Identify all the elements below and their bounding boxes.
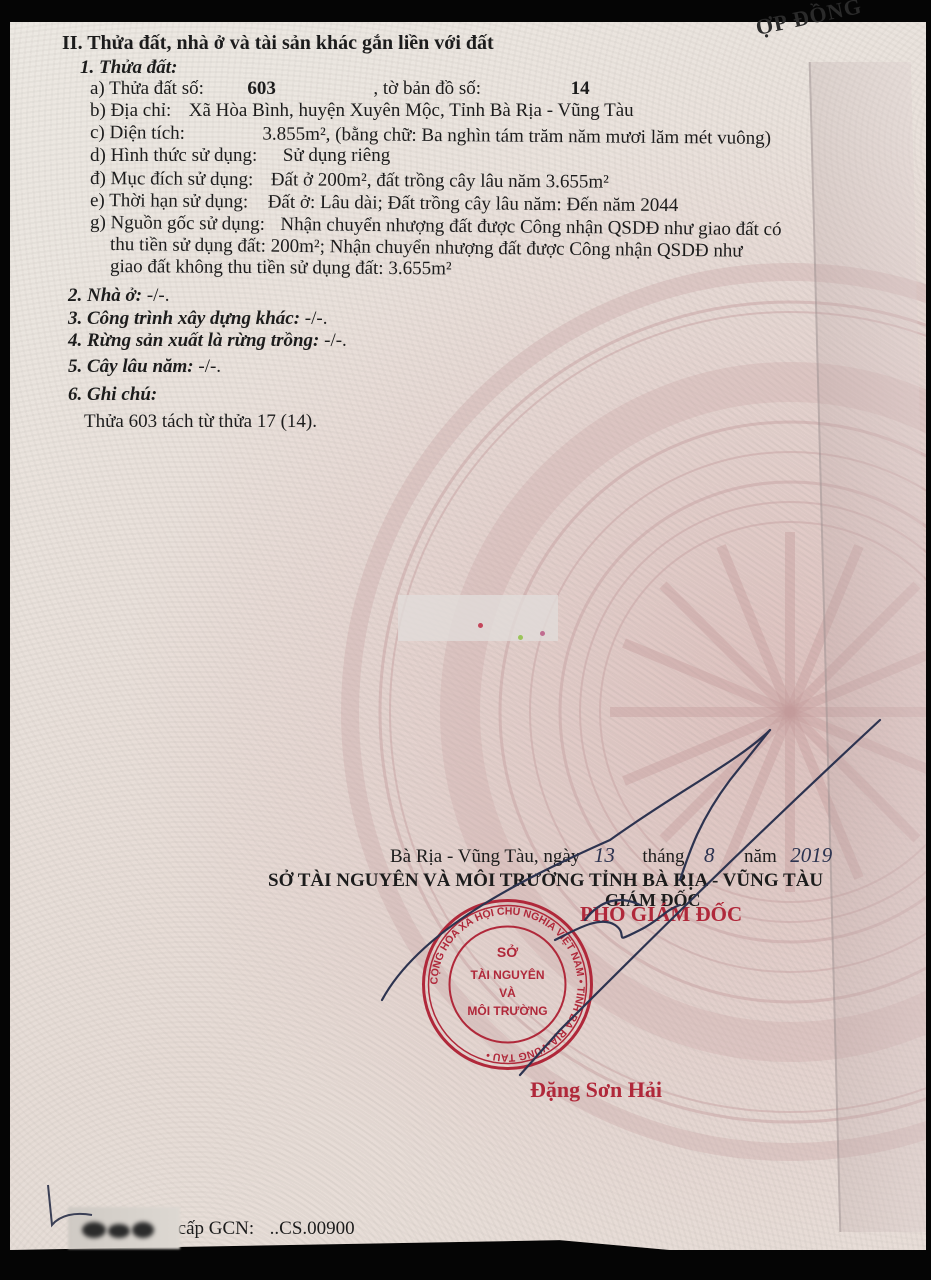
signer-name: Đặng Sơn Hải <box>530 1077 662 1103</box>
usage-form-label: d) Hình thức sử dụng: <box>90 145 257 166</box>
stamp-center-3: VÀ <box>499 985 516 1000</box>
usage-purpose-value: Đất ở 200m², đất trồng cây lâu năm 3.655… <box>271 169 609 192</box>
month-label: tháng <box>642 846 684 867</box>
usage-form-value: Sử dụng riêng <box>283 145 390 166</box>
title-deputy-director: PHÓ GIÁM ĐỐC <box>580 902 742 927</box>
other-construction-value: -/-. <box>305 308 328 329</box>
house-label: 2. Nhà ở: <box>68 285 142 306</box>
parcel-number-value: 603 <box>247 78 276 99</box>
notes-heading: 6. Ghi chú: <box>68 384 157 406</box>
sign-day: 13 <box>594 843 615 867</box>
place-date-row: Bà Rịa - Vũng Tàu, ngày 13 tháng 8 năm 2… <box>390 843 832 868</box>
sign-year: 2019 <box>790 843 832 867</box>
usage-origin-label: g) Nguồn gốc sử dụng: <box>90 212 265 235</box>
map-sheet-value: 14 <box>571 78 590 99</box>
usage-term-value: Đất ở: Lâu dài; Đất trồng cây lâu năm: Đ… <box>268 192 679 217</box>
usage-purpose-label: đ) Mục đích sử dụng: <box>90 168 253 190</box>
place-date-prefix: Bà Rịa - Vũng Tàu, ngày <box>390 846 580 867</box>
forest-value: -/-. <box>324 330 347 351</box>
other-construction-label: 3. Công trình xây dựng khác: <box>68 308 300 329</box>
gcn-row: số cấp GCN: ..CS.00900 <box>156 1218 355 1240</box>
perennial-label: 5. Cây lâu năm: <box>68 356 194 377</box>
document-content: II. Thửa đất, nhà ở và tài sản khác gắn … <box>0 0 931 1280</box>
stamp-center-2: TÀI NGUYÊN <box>470 967 544 982</box>
notes-value: Thửa 603 tách từ thửa 17 (14). <box>84 411 317 433</box>
usage-form-row: d) Hình thức sử dụng: Sử dụng riêng <box>90 145 390 167</box>
redacted-patch <box>398 595 558 641</box>
parcel-number-label: a) Thửa đất số: <box>90 78 204 99</box>
address-row: b) Địa chỉ: Xã Hòa Bình, huyện Xuyên Mộc… <box>90 100 634 122</box>
official-red-stamp: CỘNG HÒA XÃ HỘI CHỦ NGHĨA VIỆT NAM • TỈN… <box>420 897 595 1072</box>
other-construction-row: 3. Công trình xây dựng khác: -/-. <box>68 308 327 330</box>
house-value: -/-. <box>147 285 170 306</box>
area-label: c) Diện tích: <box>90 122 185 144</box>
sign-month: 8 <box>704 843 715 867</box>
parcel-number-row: a) Thửa đất số: 603 , tờ bản đồ số: 14 <box>90 78 590 100</box>
address-label: b) Địa chỉ: <box>90 100 171 121</box>
forest-row: 4. Rừng sản xuất là rừng trồng: -/-. <box>68 330 347 352</box>
usage-origin-value-3: giao đất không thu tiền sử dụng đất: 3.6… <box>110 256 452 280</box>
forest-label: 4. Rừng sản xuất là rừng trồng: <box>68 330 319 351</box>
redaction-blob <box>108 1224 130 1238</box>
stamp-center-1: SỞ <box>497 943 518 960</box>
perennial-value: -/-. <box>198 356 221 377</box>
perennial-row: 5. Cây lâu năm: -/-. <box>68 356 221 378</box>
redaction-blob <box>132 1222 154 1238</box>
address-value: Xã Hòa Bình, huyện Xuyên Mộc, Tỉnh Bà Rị… <box>189 100 634 121</box>
map-sheet-label: , tờ bản đồ số: <box>373 78 481 99</box>
agency-name: SỞ TÀI NGUYÊN VÀ MÔI TRƯỜNG TỈNH BÀ RỊA … <box>268 870 823 892</box>
year-label: năm <box>744 846 777 867</box>
usage-term-label: e) Thời hạn sử dụng: <box>90 190 248 212</box>
section-title: II. Thửa đất, nhà ở và tài sản khác gắn … <box>62 32 494 55</box>
gcn-value: ..CS.00900 <box>270 1218 355 1239</box>
house-row: 2. Nhà ở: -/-. <box>68 285 170 307</box>
stamp-center-4: MÔI TRƯỜNG <box>467 1003 547 1018</box>
redaction-blob <box>82 1222 106 1238</box>
parcel-heading: 1. Thửa đất: <box>80 57 177 79</box>
